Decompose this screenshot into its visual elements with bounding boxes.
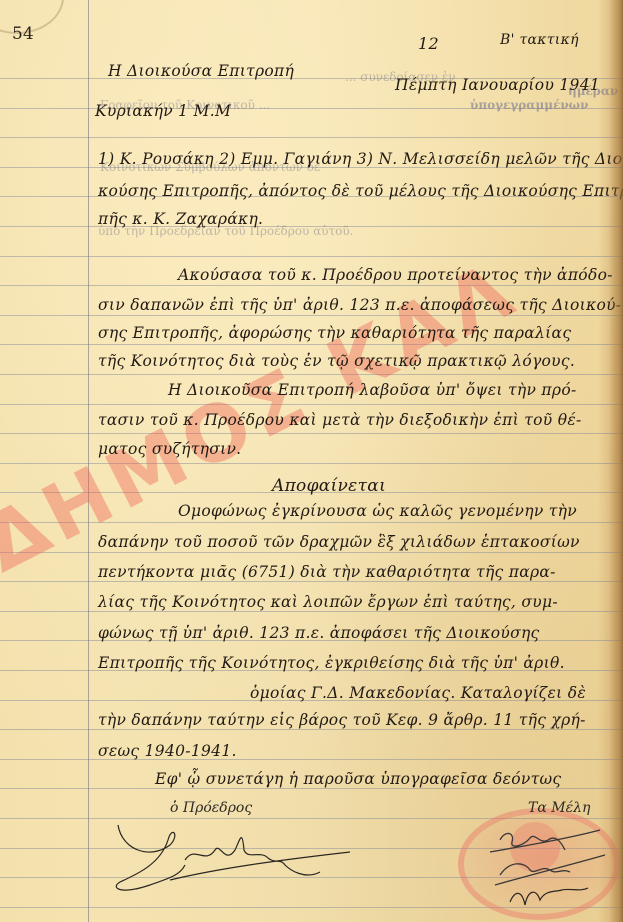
ruled-line xyxy=(0,611,623,612)
committee-heading: Η Διοικούσα Επιτροπή xyxy=(108,62,294,80)
body-line: ματος συζήτησιν. xyxy=(98,440,241,458)
members-label: Τα Μέλη xyxy=(528,800,590,816)
body-line: Ομοφώνως ἐγκρίνουσα ὡς καλῶς γενομένην τ… xyxy=(178,502,577,520)
decision-heading: Αποφαίνεται xyxy=(272,476,386,496)
scanned-minutes-page: ... συνεδρίασεν ἐν ἡμέραν Γραφεῖον τοῦ Κ… xyxy=(0,0,623,922)
president-signature xyxy=(110,820,360,910)
ruled-line xyxy=(0,788,623,789)
ruled-line xyxy=(0,759,623,760)
page-edge-shadow xyxy=(609,0,623,922)
body-line: κούσης Επιτροπῆς, ἀπόντος δὲ τοῦ μέλους … xyxy=(98,182,623,200)
body-line: ὁμοίας Γ.Δ. Μακεδονίας. Καταλογίζει δὲ xyxy=(250,684,586,702)
closing-line: Εφ' ᾧ συνετάγη ἡ παροῦσα ὑπογραφεῖσα δεό… xyxy=(155,770,561,788)
body-line: τασιν τοῦ κ. Προέδρου καὶ μετὰ τὴν διεξο… xyxy=(98,411,582,429)
ruled-line xyxy=(0,285,623,286)
body-line: δαπάνην τοῦ ποσοῦ τῶν δραχμῶν ἓξ χιλιάδω… xyxy=(98,533,580,551)
body-line: πῆς κ. Κ. Ζαχαράκη. xyxy=(98,210,263,228)
meeting-date: Πέμπτη Ιανουαρίου 1941 xyxy=(395,76,600,94)
ruled-line xyxy=(0,552,623,553)
body-line: 1) Κ. Ρουσάκη 2) Εμμ. Γαγιάνη 3) Ν. Μελι… xyxy=(98,150,623,168)
president-label: ὁ Πρόεδρος xyxy=(170,800,252,816)
body-line: Επιτροπῆς τῆς Κοινότητος, ἐγκριθείσης δι… xyxy=(98,654,565,672)
ruled-line xyxy=(0,581,623,582)
printed-form-line: ὑπογεγραμμένων xyxy=(470,98,588,112)
ruled-line xyxy=(0,256,623,257)
member-signatures xyxy=(470,820,620,920)
body-line: τῆς Κοινότητος διὰ τοὺς ἐν τῷ σχετικῷ πρ… xyxy=(98,352,575,370)
body-line: σιν δαπανῶν ἐπὶ τῆς ὑπ' ἀριθ. 123 π.ε. ἀ… xyxy=(98,296,621,314)
ruled-line xyxy=(0,315,623,316)
body-line: λίας τῆς Κοινότητος καὶ λοιπῶν ἔργων ἐπὶ… xyxy=(98,593,558,611)
session-type: Β' τακτική xyxy=(500,32,579,48)
session-number: 12 xyxy=(418,34,439,53)
body-line: Ακούσασα τοῦ κ. Προέδρου προτείναντος τὴ… xyxy=(178,266,613,284)
ruled-line xyxy=(0,137,623,138)
body-line: τὴν δαπάνην ταύτην εἰς βάρος τοῦ Κεφ. 9 … xyxy=(98,711,586,729)
body-line: σης Επιτροπῆς, ἀφορώσης τὴν καθαριότητα … xyxy=(98,324,571,342)
ruled-line xyxy=(0,729,623,730)
body-line: σεως 1940-1941. xyxy=(98,742,237,760)
body-line: φώνως τῇ ὑπ' ἀριθ. 123 π.ε. ἀποφάσει τῆς… xyxy=(98,624,540,642)
meeting-day-time: Κυριακήν 1 Μ.Μ xyxy=(95,102,231,120)
page-number: 54 xyxy=(12,24,34,44)
body-line: Η Διοικοῦσα Επιτροπή λαβοῦσα ὑπ' ὄψει τὴ… xyxy=(168,381,576,399)
body-line: πεντήκοντα μιᾶς (6751) διὰ τὴν καθαριότη… xyxy=(98,563,556,581)
